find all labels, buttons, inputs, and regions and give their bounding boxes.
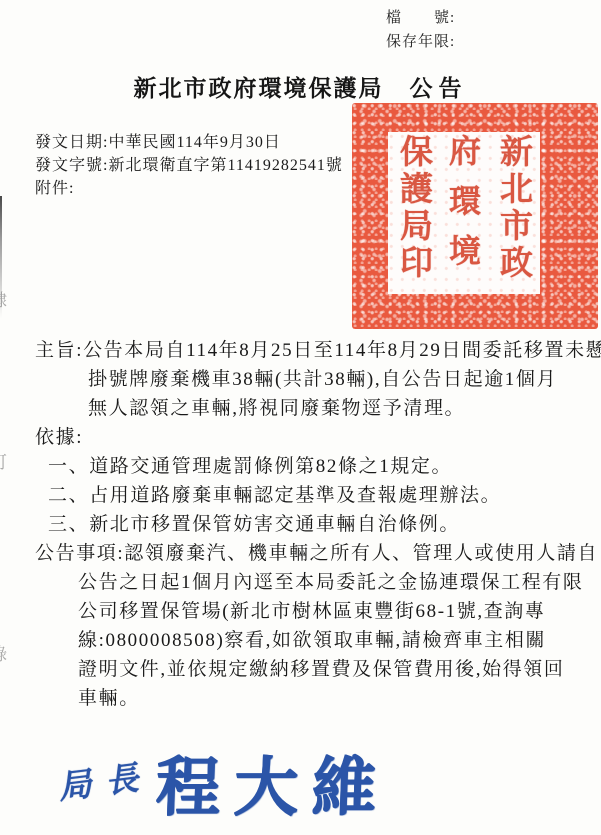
scan-artifact: 綠 <box>0 640 7 665</box>
seal-column-right: 新北市政 <box>489 134 537 292</box>
scanned-announcement-document: 檔 號: 保存年限: 新北市政府環境保護局公告 發文日期:中華民國114年9月3… <box>0 0 601 835</box>
attachment-line: 附件: <box>35 177 343 200</box>
retention-period-label: 保存年限: <box>386 30 455 54</box>
basis-item-2: 二、占用道路廢棄車輛認定基準及查報處理辦法。 <box>35 481 590 510</box>
official-red-seal: 新北市政 府環境 保護局印 <box>352 103 598 329</box>
matters-line-4: 線:0800008508)察看,如欲領取車輛,請檢齊車主相關 <box>35 626 590 655</box>
document-title: 新北市政府環境保護局公告 <box>0 70 601 103</box>
seal-inner-panel: 新北市政 府環境 保護局印 <box>388 132 540 294</box>
director-title-stamp: 局長 <box>55 750 154 808</box>
matters-line-2: 公告之日起1個月內逕至本局委託之金協連環保工程有限 <box>35 568 590 597</box>
issue-date-line: 發文日期:中華民國114年9月30日 <box>35 131 343 154</box>
matters-line-3: 公司移置保管場(新北市樹林區東豐街68-1號,查詢專 <box>35 597 590 626</box>
agency-name: 新北市政府環境保護局 <box>134 76 384 101</box>
document-number-line: 發文字號:新北環衛直字第11419282541號 <box>35 154 343 177</box>
issue-metadata-block: 發文日期:中華民國114年9月30日 發文字號:新北環衛直字第114192825… <box>35 131 343 200</box>
basis-item-1: 一、道路交通管理處罰條例第82條之1規定。 <box>35 452 590 481</box>
scan-artifact: 隸 <box>0 286 7 311</box>
subject-line-3: 無人認領之車輛,將視同廢棄物逕予清理。 <box>35 394 590 423</box>
seal-column-left: 保護局印 <box>389 134 437 292</box>
file-reference-block: 檔 號: 保存年限: <box>386 6 455 54</box>
basis-item-3: 三、新北市移置保管妨害交通車輛自治條例。 <box>35 510 590 539</box>
document-type: 公告 <box>410 76 468 101</box>
matters-line-1: 公告事項:認領廢棄汽、機車輛之所有人、管理人或使用人請自 <box>35 539 590 568</box>
matters-line-5: 證明文件,並依規定繳納移置費及保管費用後,始得領回 <box>35 655 590 684</box>
basis-label: 依據: <box>35 423 590 452</box>
subject-line-2: 掛號牌廢棄機車38輛(共計38輛),自公告日起逾1個月 <box>35 365 590 394</box>
matters-line-6: 車輛。 <box>35 684 590 713</box>
announcement-body: 主旨:公告本局自114年8月25日至114年8月29日間委託移置未懸 掛號牌廢棄… <box>35 336 590 713</box>
seal-script-text: 新北市政 府環境 保護局印 <box>390 134 538 292</box>
seal-column-middle: 府環境 <box>439 134 487 292</box>
scan-artifact: 可 <box>0 448 7 473</box>
director-name-stamp: 程大維 <box>154 736 391 828</box>
file-number-label: 檔 號: <box>386 6 455 30</box>
subject-line-1: 主旨:公告本局自114年8月25日至114年8月29日間委託移置未懸 <box>35 336 590 365</box>
